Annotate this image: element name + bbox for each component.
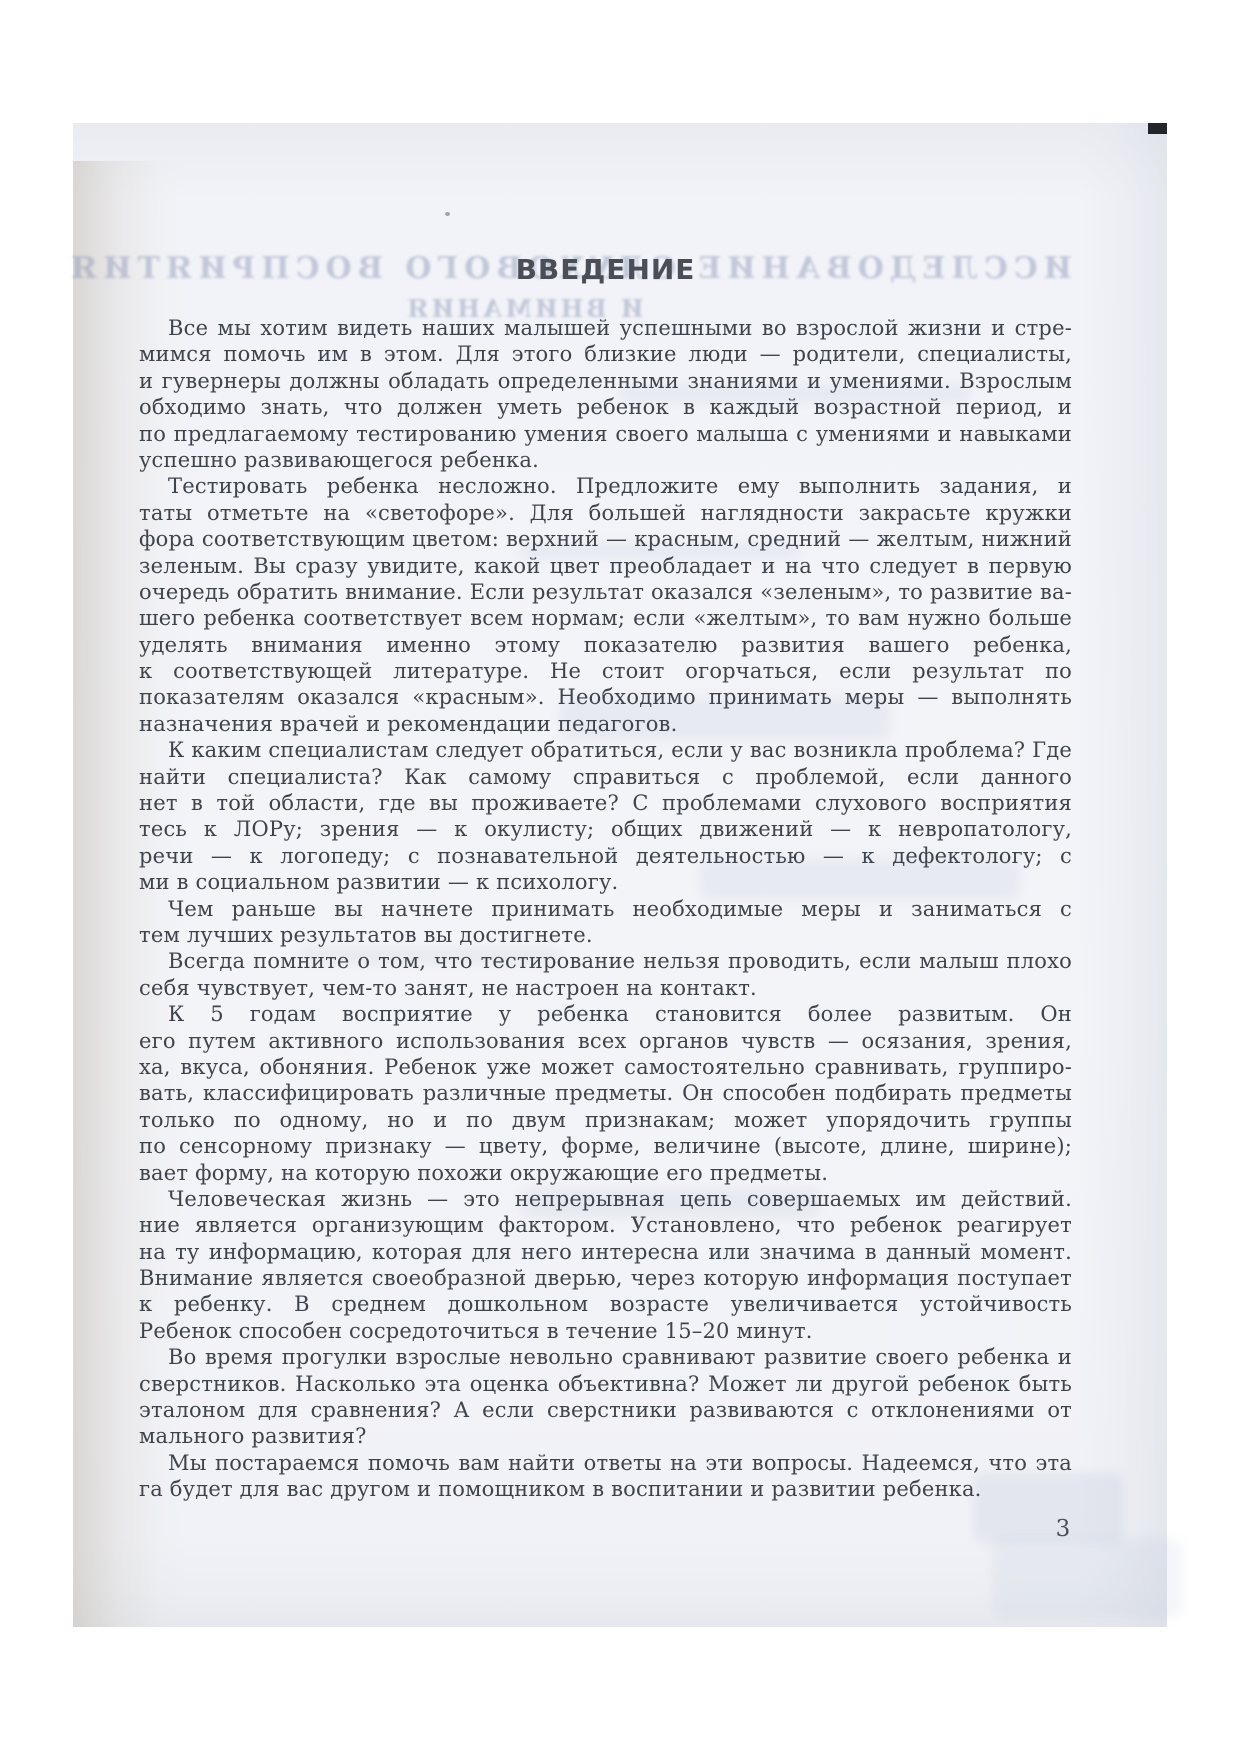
text-line: эталоном для сравнения? А если сверстник… <box>139 1397 1072 1423</box>
text-line: тем лучших результатов вы достигнете. <box>139 922 1072 948</box>
corner-registration-mark <box>1148 123 1167 134</box>
text-line: ха, вкуса, обоняния. Ребенок уже может с… <box>139 1054 1072 1080</box>
text-line: ми в социальном развитии — к психологу. <box>139 869 1072 895</box>
text-line: мального развития? <box>139 1423 1072 1449</box>
scan-speck <box>445 212 450 216</box>
text-line: по сенсорному признаку — цвету, форме, в… <box>139 1133 1072 1159</box>
text-line: К 5 годам восприятие у ребенка становитс… <box>139 1001 1072 1027</box>
text-line: ние является организующим фактором. Уста… <box>139 1212 1072 1238</box>
text-line: Мы постараемся помочь вам найти ответы н… <box>139 1450 1072 1476</box>
text-line: речи — к логопеду; с познавательной деят… <box>139 843 1072 869</box>
chapter-heading: ВВЕДЕНИЕ <box>139 255 1072 285</box>
text-line: показателям оказался «красным». Необходи… <box>139 684 1072 710</box>
text-line: Чем раньше вы начнете принимать необходи… <box>139 896 1072 922</box>
text-line: зеленым. Вы сразу увидите, какой цвет пр… <box>139 553 1072 579</box>
text-line: на ту информацию, которая для него интер… <box>139 1239 1072 1265</box>
text-line: фора соответствующим цветом: верхний — к… <box>139 526 1072 552</box>
text-line: мимся помочь им в этом. Для этого близки… <box>139 341 1072 367</box>
text-line: сверстников. Насколько эта оценка объект… <box>139 1371 1072 1397</box>
text-line: найти специалиста? Как самому справиться… <box>139 764 1072 790</box>
text-line: нет в той области, где вы проживаете? С … <box>139 790 1072 816</box>
text-line: таты отметьте на «светофоре». Для больше… <box>139 500 1072 526</box>
text-line: вать, классифицировать различные предмет… <box>139 1080 1072 1106</box>
text-line: назначения врачей и рекомендации педагог… <box>139 711 1072 737</box>
text-line: уделять внимания именно этому показателю… <box>139 632 1072 658</box>
text-line: обходимо знать, что должен уметь ребенок… <box>139 394 1072 420</box>
text-line: тесь к ЛОРу; зрения — к окулисту; общих … <box>139 816 1072 842</box>
page-number: 3 <box>1033 1515 1093 1543</box>
bleedthrough-smudge <box>993 1538 1183 1618</box>
text-line: Ребенок способен сосредоточиться в течен… <box>139 1318 1072 1344</box>
text-line: Во время прогулки взрослые невольно срав… <box>139 1344 1072 1370</box>
book-page: ИССЛЕДОВАНИЕ СЛУХОВОГО ВОСПРИЯТИЯ И ВНИМ… <box>73 123 1167 1627</box>
text-line: Тестировать ребенка несложно. Предложите… <box>139 473 1072 499</box>
text-line: вает форму, на которую похожи окружающие… <box>139 1160 1072 1186</box>
page-edge-shading <box>1077 123 1167 1627</box>
text-line: Человеческая жизнь — это непрерывная цеп… <box>139 1186 1072 1212</box>
text-line: его путем активного использования всех о… <box>139 1028 1072 1054</box>
text-line: К каким специалистам следует обратиться,… <box>139 737 1072 763</box>
body-text: Все мы хотим видеть наших малышей успешн… <box>139 315 1072 1503</box>
text-line: Все мы хотим видеть наших малышей успешн… <box>139 315 1072 341</box>
text-line: успешно развивающегося ребенка. <box>139 447 1072 473</box>
text-line: по предлагаемому тестированию умения сво… <box>139 421 1072 447</box>
text-line: очередь обратить внимание. Если результа… <box>139 579 1072 605</box>
text-line: к соответствующей литературе. Не стоит о… <box>139 658 1072 684</box>
text-line: га будет для вас другом и помощником в в… <box>139 1476 1072 1502</box>
text-line: Всегда помните о том, что тестирование н… <box>139 948 1072 974</box>
text-line: себя чувствует, чем-то занят, не настрое… <box>139 975 1072 1001</box>
text-line: к ребенку. В среднем дошкольном возрасте… <box>139 1291 1072 1317</box>
text-line: и гувернеры должны обладать определенным… <box>139 368 1072 394</box>
scan-canvas: { "page": { "heading": "ВВЕДЕНИЕ", "page… <box>0 0 1240 1754</box>
text-line: только по одному, но и по двум признакам… <box>139 1107 1072 1133</box>
text-line: Внимание является своеобразной дверью, ч… <box>139 1265 1072 1291</box>
text-line: шего ребенка соответствует всем нормам; … <box>139 605 1072 631</box>
